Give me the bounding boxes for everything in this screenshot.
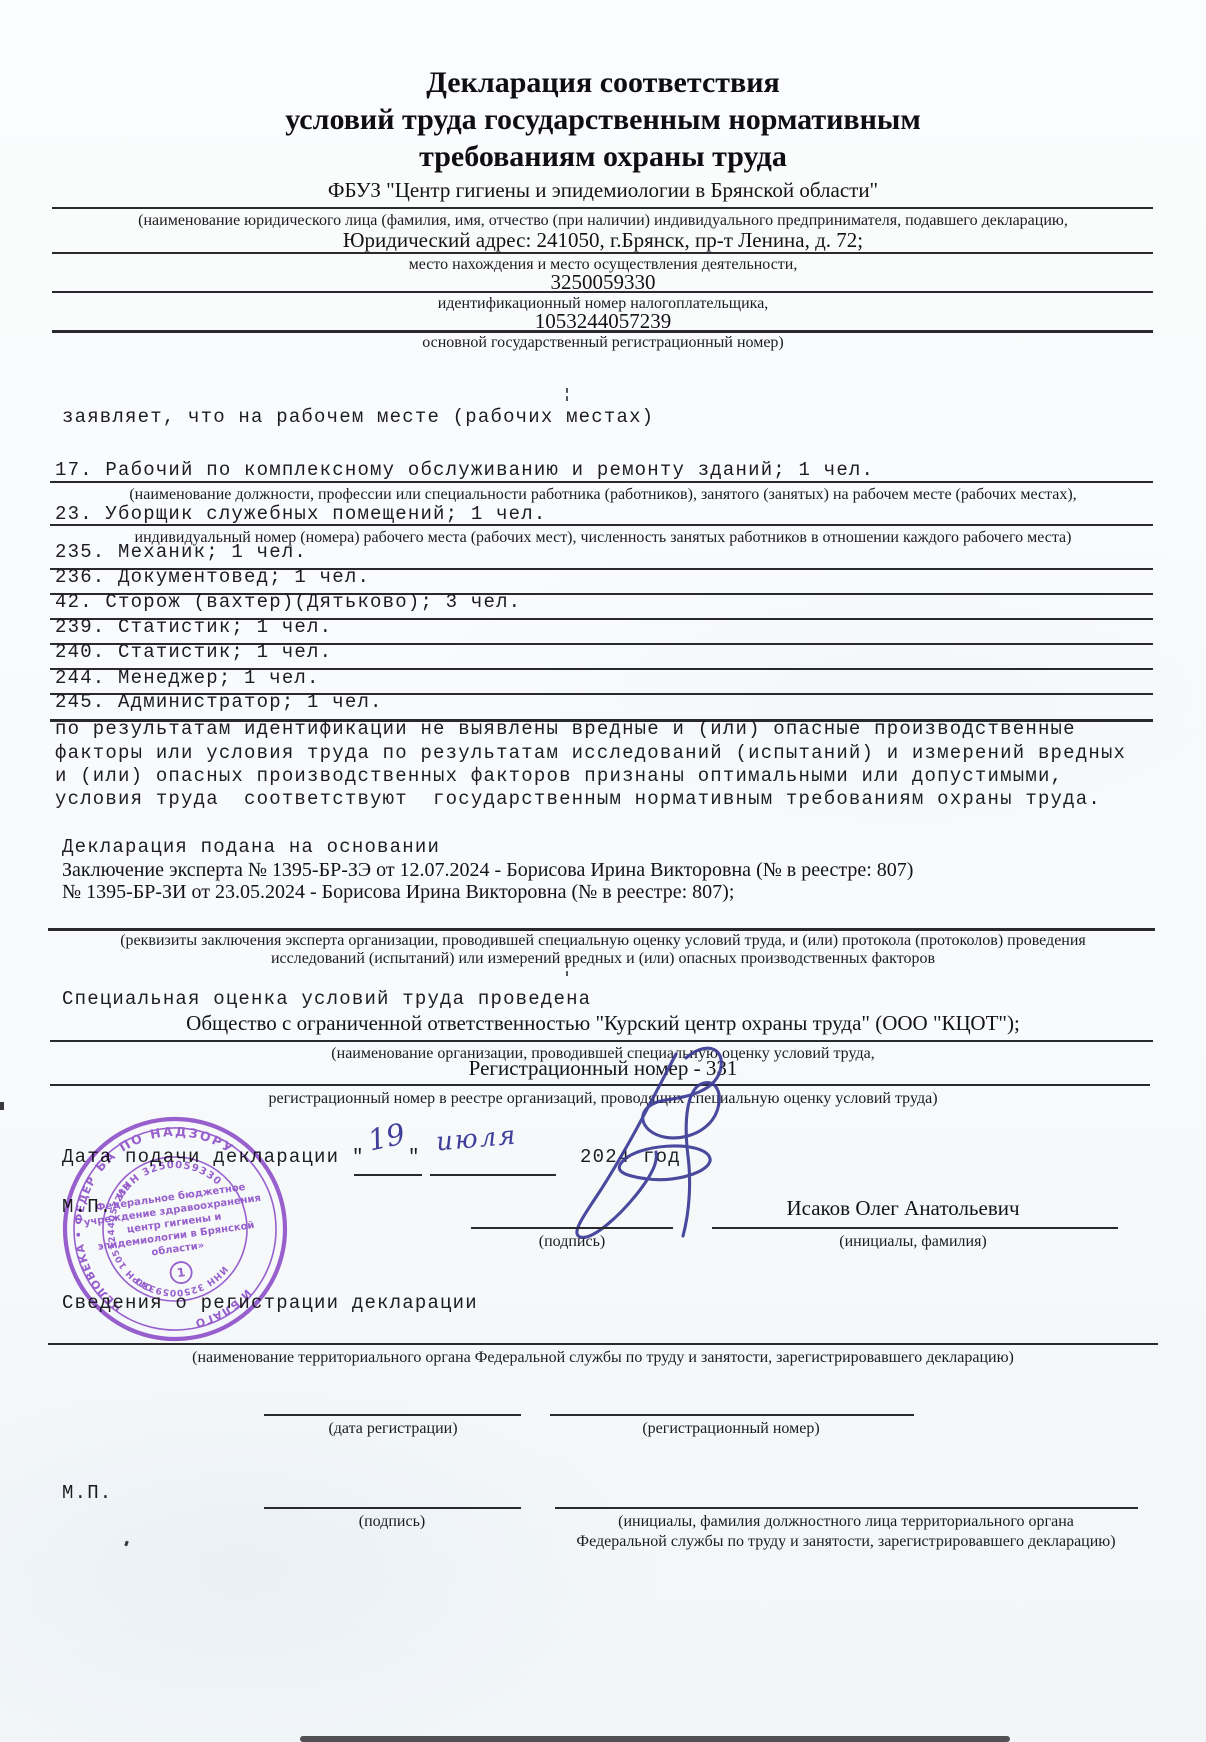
workplace-row: 236. Документовед; 1 чел. — [55, 566, 370, 588]
declarant-ogrn-caption: основной государственный регистрационный… — [422, 334, 784, 352]
registration-number-caption: (регистрационный номер) — [642, 1420, 819, 1438]
workplace-row: 240. Статистик; 1 чел. — [55, 641, 332, 663]
document-title-line-2: условий труда государственным нормативны… — [0, 103, 1206, 137]
basis-caption-line-1: (реквизиты заключения эксперта организац… — [120, 932, 1086, 950]
declaration-document: Декларация соответствия условий труда го… — [0, 0, 1206, 1742]
signature-scribble — [528, 1040, 768, 1245]
workplace-row: 245. Администратор; 1 чел. — [55, 691, 383, 713]
scan-artifact — [566, 963, 568, 976]
workplace-row-17-caption: (наименование должности, профессии или с… — [129, 486, 1076, 504]
registration-authority-caption: (наименование территориального органа Фе… — [192, 1349, 1014, 1367]
basis-expert-line-2: № 1395-БР-ЗИ от 23.05.2024 - Борисова Ир… — [62, 881, 734, 904]
workplace-row-17: 17. Рабочий по комплексному обслуживанию… — [55, 459, 874, 481]
workplace-row-23: 23. Уборщик служебных помещений; 1 чел. — [55, 503, 546, 525]
conclusion-line: по результатам идентификации не выявлены… — [55, 718, 1076, 740]
registration-header: Сведения о регистрации декларации — [62, 1292, 478, 1314]
quote-close: " — [408, 1146, 421, 1168]
signatory-name: Исаков Олег Анатольевич — [786, 1196, 1019, 1221]
stamp-place-label-2: М.П. — [62, 1482, 112, 1504]
signature-caption: (подпись) — [539, 1233, 605, 1251]
registration-official-caption-1: (инициалы, фамилия должностного лица тер… — [618, 1513, 1074, 1531]
document-title-line-1: Декларация соответствия — [0, 66, 1206, 100]
workplace-row: 244. Менеджер; 1 чел. — [55, 667, 320, 689]
registration-sign-caption: (подпись) — [359, 1513, 425, 1531]
handwritten-day: 19 — [365, 1117, 408, 1158]
scan-speck — [124, 1541, 129, 1547]
sout-header: Специальная оценка условий труда проведе… — [62, 988, 591, 1010]
conclusion-line: условия труда соответствуют государствен… — [55, 788, 1101, 810]
quote-open: " — [352, 1146, 365, 1168]
signatory-name-caption: (инициалы, фамилия) — [839, 1233, 987, 1251]
workplace-row: 42. Сторож (вахтер)(Дятьково); 3 чел. — [55, 591, 521, 613]
scan-speck — [0, 1102, 4, 1110]
registration-official-caption-2: Федеральной службы по труду и занятости,… — [576, 1533, 1115, 1551]
conclusion-line: и (или) опасных производственных факторо… — [55, 765, 1063, 787]
handwritten-month: июля — [435, 1121, 519, 1158]
scan-artifact — [566, 388, 568, 401]
sout-organization: Общество с ограниченной ответственностью… — [186, 1011, 1020, 1036]
basis-header: Декларация подана на основании — [62, 836, 440, 858]
basis-expert-line-1: Заключение эксперта № 1395-БР-ЗЭ от 12.0… — [62, 859, 913, 882]
registration-date-caption: (дата регистрации) — [328, 1420, 457, 1438]
document-title-line-3: требованиям охраны труда — [0, 140, 1206, 174]
workplace-row: 239. Статистик; 1 чел. — [55, 616, 332, 638]
scanner-edge-strip — [300, 1736, 1010, 1742]
declarant-name: ФБУЗ "Центр гигиены и эпидемиологии в Бр… — [328, 178, 878, 203]
basis-caption-line-2: исследований (испытаний) или измерений в… — [271, 950, 935, 968]
statement-intro: заявляет, что на рабочем месте (рабочих … — [62, 406, 654, 428]
declarant-address: Юридический адрес: 241050, г.Брянск, пр-… — [343, 228, 863, 253]
workplace-row: 235. Механик; 1 чел. — [55, 541, 307, 563]
stamp-badge-number: 1 — [176, 1265, 186, 1280]
conclusion-line: факторы или условия труда по результатам… — [55, 742, 1126, 764]
